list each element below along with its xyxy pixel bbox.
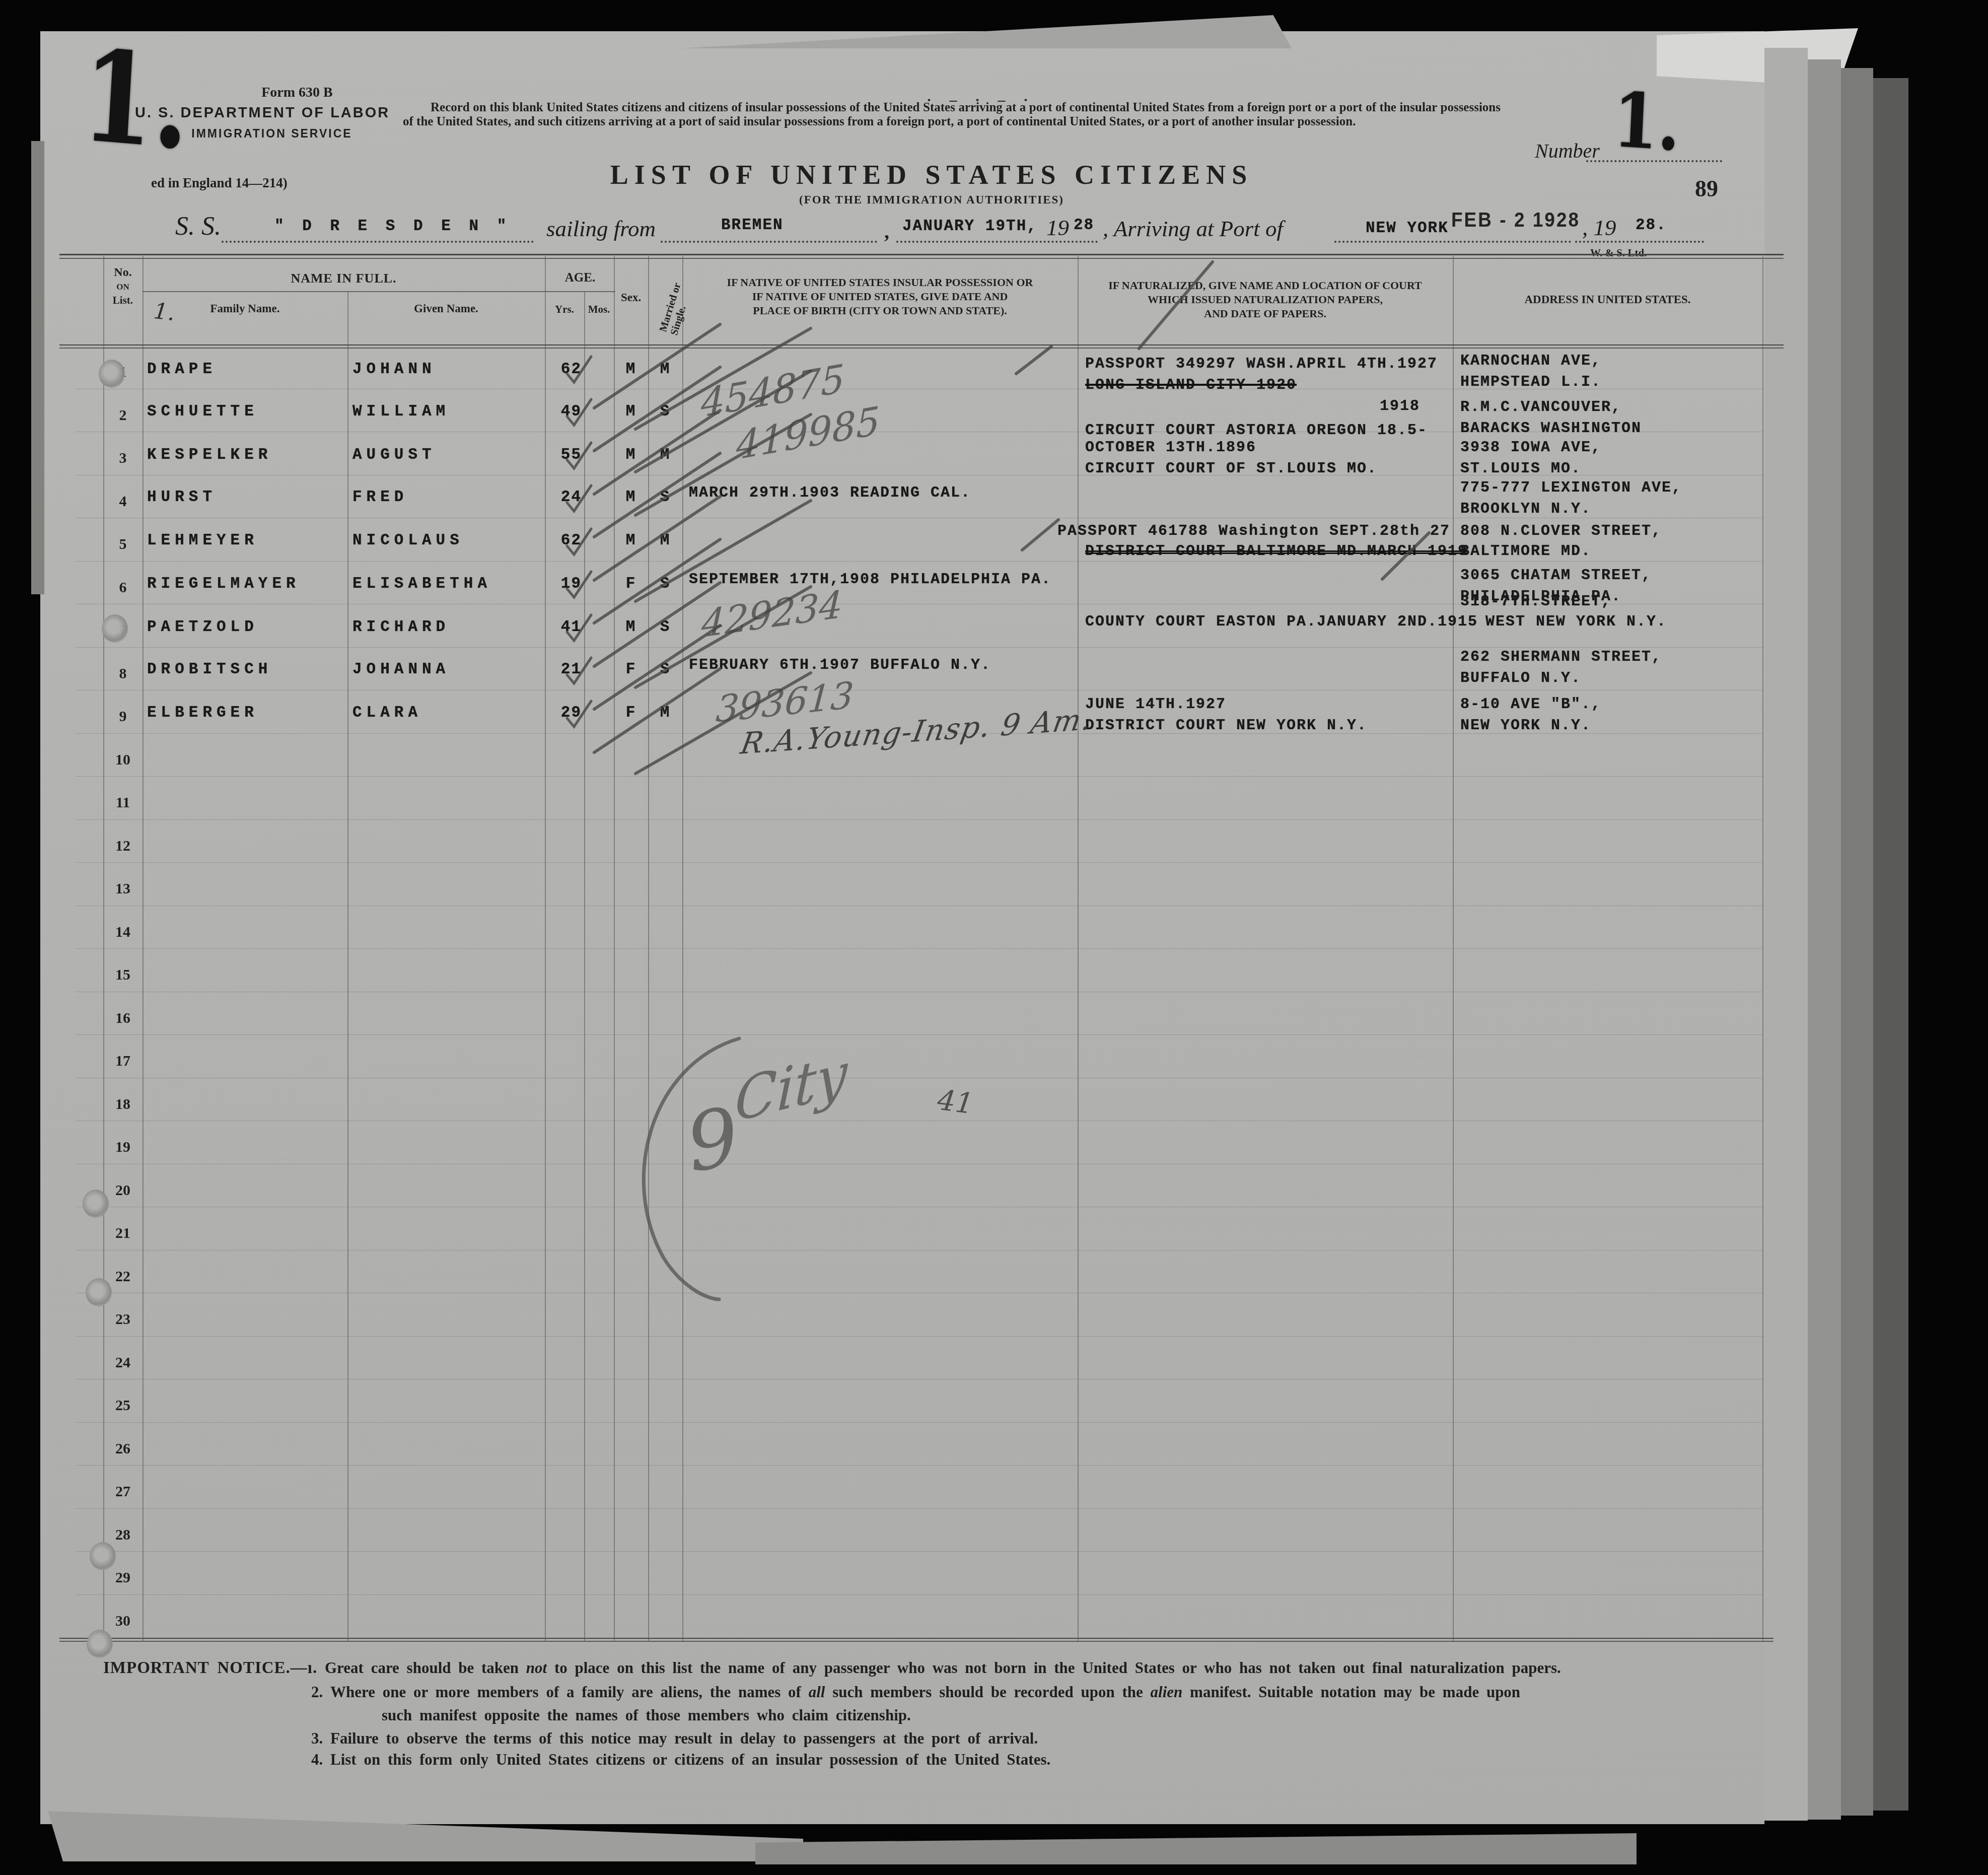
address-line2: ST.LOUIS MO. [1460, 460, 1581, 477]
row-rule [76, 1293, 1762, 1293]
col-line-yrs-mos [584, 291, 585, 1641]
hole-punch [90, 1542, 116, 1570]
sex: M [614, 361, 648, 378]
tally-forty-one: 41 [936, 1084, 975, 1121]
th-name-in-full: NAME IN FULL. [143, 271, 545, 286]
row-number: 25 [103, 1397, 143, 1414]
family-name: LEHMEYER [147, 532, 258, 549]
birthplace: FEBRUARY 6TH.1907 BUFFALO N.Y. [689, 657, 991, 674]
married-single: M [648, 704, 682, 722]
th-address: ADDRESS IN UNITED STATES. [1453, 293, 1762, 306]
sex: F [614, 704, 648, 722]
sex: M [614, 446, 648, 464]
address-line1: 775-777 LEXINGTON AVE, [1460, 479, 1682, 497]
row-rule [76, 906, 1762, 906]
age-yrs: 62 [546, 361, 582, 378]
hole-punch [102, 614, 128, 643]
row-number: 10 [103, 751, 143, 769]
given-name: ELISABETHA [352, 575, 491, 593]
naturalization-year: 1918 [1309, 398, 1420, 415]
arrive-year: 28. [1636, 217, 1667, 234]
row-rule [76, 776, 1762, 777]
given-name: JOHANNA [352, 661, 450, 678]
notice-line-4: 4. List on this form only United States … [311, 1751, 1050, 1769]
address-line1: R.M.C.VANCOUVER, [1460, 399, 1621, 416]
married-single: S [648, 618, 682, 636]
family-name: SCHUETTE [147, 403, 258, 421]
row-rule [76, 518, 1762, 518]
row-rule [76, 1207, 1762, 1207]
page-number: 89 [1695, 175, 1718, 202]
row-rule [76, 561, 1762, 562]
row-number: 30 [103, 1613, 143, 1630]
arrive-year-line [1575, 241, 1704, 243]
sex: F [614, 575, 648, 593]
form-instructions: Record on this blank United States citiz… [403, 101, 1501, 129]
row-number: 26 [103, 1440, 143, 1457]
page-stack-right-4 [1873, 78, 1908, 1811]
th-sex: Sex. [614, 291, 648, 304]
row-number: 17 [103, 1053, 143, 1070]
naturalization-line2-struck: LONG ISLAND CITY 1920 [1085, 377, 1297, 394]
row-number: 18 [103, 1096, 143, 1113]
address-line1: 808 N.CLOVER STREET, [1460, 523, 1662, 540]
arrival-date-stamp: FEB - 2 1928 [1451, 208, 1580, 232]
col-line-right [1762, 256, 1763, 1641]
age-yrs: 62 [546, 532, 582, 549]
handwritten-header-one: 1. [153, 298, 176, 326]
family-name: RIEGELMAYER [147, 575, 300, 593]
row-number: 27 [103, 1483, 143, 1500]
row-rule [76, 647, 1762, 648]
th-no-3: List. [103, 294, 143, 307]
given-name: AUGUST [352, 446, 436, 464]
scanned-manifest-page: · – · – · Form 630 B U. S. DEPARTMENT OF… [0, 0, 1988, 1875]
depart-date: JANUARY 19TH, [902, 218, 1037, 235]
row-number: 6 [103, 579, 143, 596]
address-line1: 8-10 AVE "B"., [1460, 696, 1601, 713]
given-name: RICHARD [352, 618, 450, 636]
th-given-name: Given Name. [347, 302, 545, 315]
row-number: 21 [103, 1225, 143, 1242]
form-number: Form 630 B [191, 85, 403, 101]
family-name: ELBERGER [147, 704, 258, 722]
th-nat-2: WHICH ISSUED NATURALIZATION PAPERS, [1078, 293, 1453, 306]
hole-punch [86, 1278, 112, 1306]
age-yrs: 21 [546, 661, 582, 678]
table-bottom-rule-2 [59, 1641, 1773, 1642]
address-line2: BARACKS WASHINGTON [1460, 420, 1642, 437]
ship-name-line [222, 241, 534, 243]
married-single: M [648, 532, 682, 549]
birthplace: SEPTEMBER 17TH,1908 PHILADELPHIA PA. [689, 571, 1051, 588]
row-number: 11 [103, 794, 143, 811]
married-single: M [648, 361, 682, 378]
row-rule [76, 1034, 1762, 1035]
table-bottom-rule-1 [59, 1638, 1773, 1639]
row-number: 9 [103, 708, 143, 725]
page-subtitle: (FOR THE IMMIGRATION AUTHORITIES) [504, 193, 1360, 206]
header-bottom-rule-1 [59, 344, 1784, 345]
row-number: 2 [103, 407, 143, 424]
row-rule [76, 819, 1762, 820]
notice-line-2: 2. Where one or more members of a family… [311, 1683, 1520, 1701]
address-pre-line: 318-7TH.STREET, [1460, 593, 1611, 610]
row-rule [76, 1336, 1762, 1337]
row-rule [76, 1465, 1762, 1466]
sex: M [614, 489, 648, 506]
row-rule [76, 1508, 1762, 1509]
married-single: S [648, 489, 682, 506]
row-rule [76, 1551, 1762, 1552]
row-rule [76, 1250, 1762, 1251]
sex: M [614, 618, 648, 636]
married-single: M [648, 446, 682, 464]
given-name: FRED [352, 489, 408, 506]
address-line1: 262 SHERMANN STREET, [1460, 649, 1662, 666]
married-single: S [648, 575, 682, 593]
th-nat-3: AND DATE OF PAPERS. [1078, 307, 1453, 320]
naturalization-line1: PASSPORT 349297 WASH.APRIL 4TH.1927 [1085, 356, 1438, 373]
given-name: NICOLAUS [352, 532, 464, 549]
age-yrs: 24 [546, 489, 582, 506]
row-rule [76, 1379, 1762, 1379]
row-rule [76, 1594, 1762, 1595]
given-name: JOHANN [352, 361, 436, 378]
page-edge-left-sliver [31, 141, 44, 594]
row-number: 22 [103, 1268, 143, 1285]
th-yrs: Yrs. [545, 303, 584, 316]
married-single: S [648, 661, 682, 678]
hole-punch [83, 1190, 109, 1218]
arrive-port: NEW YORK [1366, 220, 1449, 237]
notice-line-1: IMPORTANT NOTICE.—ı. Great care should b… [103, 1659, 1561, 1678]
sex: F [614, 661, 648, 678]
arrive-port-line [1334, 241, 1571, 243]
depart-year: 28 [1074, 217, 1094, 234]
handwritten-page-one-mark: 1. [78, 21, 194, 178]
sex: M [614, 532, 648, 549]
sailing-from-label: sailing from [546, 216, 656, 242]
address-line2: BALTIMORE MD. [1460, 543, 1591, 560]
address-line1: 3065 CHATAM STREET, [1460, 567, 1652, 584]
naturalization-line1: CIRCUIT COURT ASTORIA OREGON 18.5- [1085, 422, 1428, 439]
hole-punch [99, 360, 125, 388]
row-rule [76, 1422, 1762, 1423]
row-number: 14 [103, 924, 143, 941]
col-line-family-given [347, 291, 348, 1641]
depart-date-line [896, 241, 1098, 243]
age-yrs: 19 [546, 575, 582, 593]
row-rule [76, 1121, 1762, 1121]
subhead-rule-name [143, 291, 545, 292]
row-rule [76, 948, 1762, 949]
row-number: 19 [103, 1139, 143, 1156]
header-bottom-rule-2 [59, 348, 1784, 349]
address-line2: HEMPSTEAD L.I. [1460, 374, 1601, 391]
ss-label: S. S. [175, 212, 221, 241]
arriving-label: , Arriving at Port of [1103, 216, 1283, 242]
birthplace: MARCH 29TH.1903 READING CAL. [689, 484, 971, 502]
family-name: DRAPE [147, 361, 217, 378]
row-number: 13 [103, 880, 143, 897]
th-no-1: No. [103, 266, 143, 280]
row-rule [76, 992, 1762, 992]
subhead-rule-age [545, 291, 615, 292]
page-stack-right-3 [1841, 68, 1873, 1816]
comma-print: , [884, 220, 889, 243]
address-line2: NEW YORK N.Y. [1460, 717, 1591, 734]
row-number: 12 [103, 838, 143, 855]
th-nat-1: IF NATURALIZED, GIVE NAME AND LOCATION O… [1078, 279, 1453, 292]
age-yrs: 55 [546, 446, 582, 464]
naturalization-line1: PASSPORT 461788 Washington SEPT.28th 27 [1057, 523, 1450, 540]
family-name: DROBITSCH [147, 661, 272, 678]
naturalization-line1: COUNTY COURT EASTON PA.JANUARY 2ND.1915 [1085, 613, 1478, 631]
address-line2: BUFFALO N.Y. [1460, 670, 1581, 687]
family-name: PAETZOLD [147, 618, 258, 636]
hole-punch [87, 1630, 113, 1658]
table-top-rule-1 [59, 254, 1784, 255]
given-name: WILLIAM [352, 403, 450, 421]
page-title: LIST OF UNITED STATES CITIZENS [504, 159, 1360, 190]
row-rule [76, 690, 1762, 690]
th-birth-1: IF NATIVE OF UNITED STATES INSULAR POSSE… [682, 276, 1078, 289]
row-rule [76, 862, 1762, 863]
service-label: IMMIGRATION SERVICE [166, 127, 378, 141]
th-age: AGE. [545, 271, 615, 285]
naturalization-line2: DISTRICT COURT NEW YORK N.Y. [1085, 717, 1367, 734]
printed-in-england: ed in England 14—214) [151, 175, 288, 191]
table-top-rule-2 [59, 258, 1784, 259]
row-number: 16 [103, 1010, 143, 1027]
address-line1: KARNOCHAN AVE, [1460, 353, 1601, 370]
arr-comma: , 19 [1582, 215, 1616, 241]
notice-line-2b: such manifest opposite the names of thos… [382, 1706, 911, 1724]
th-no-2: ON [103, 282, 143, 292]
depart-port: BREMEN [721, 217, 784, 234]
page-edge-bottom-2 [755, 1833, 1637, 1864]
row-number: 20 [103, 1182, 143, 1199]
row-number: 8 [103, 665, 143, 682]
age-yrs: 41 [546, 618, 582, 636]
naturalization-line1: JUNE 14TH.1927 [1085, 696, 1226, 713]
address-line1: 3938 IOWA AVE, [1460, 439, 1601, 456]
depart-port-line [661, 241, 877, 243]
handwritten-number-one: 1. [1611, 76, 1682, 168]
number-label: Number [1535, 139, 1600, 163]
row-number: 3 [103, 450, 143, 467]
given-name: CLARA [352, 704, 422, 722]
row-number: 24 [103, 1354, 143, 1371]
page-stack-right-2 [1808, 59, 1841, 1820]
married-single: S [648, 403, 682, 421]
th-birth-2: IF NATIVE OF UNITED STATES, GIVE DATE AN… [682, 290, 1078, 303]
naturalization-line2: CIRCUIT COURT OF ST.LOUIS MO. [1085, 460, 1377, 477]
age-yrs: 49 [546, 403, 582, 421]
th-mos: Mos. [584, 303, 614, 316]
page-stack-right-1 [1764, 48, 1808, 1821]
row-number: 5 [103, 536, 143, 553]
address-line2: BROOKLYN N.Y. [1460, 501, 1591, 518]
row-number: 4 [103, 493, 143, 510]
notice-head: IMPORTANT NOTICE.—ı. [103, 1659, 317, 1677]
row-rule [76, 1078, 1762, 1078]
naturalization-line2-struck: DISTRICT COURT BALTIMORE MD.MARCH 1919 [1085, 543, 1468, 560]
row-number: 23 [103, 1311, 143, 1328]
th-birth-3: PLACE OF BIRTH (CITY OR TOWN AND STATE). [682, 304, 1078, 317]
family-name: KESPELKER [147, 446, 272, 464]
notice-line-3: 3. Failure to observe the terms of this … [311, 1729, 1038, 1748]
row-rule [76, 1164, 1762, 1164]
naturalization-line1: OCTOBER 13TH.1896 [1085, 439, 1256, 456]
family-name: HURST [147, 489, 217, 506]
address-line1: WEST NEW YORK N.Y. [1485, 613, 1667, 631]
sex: M [614, 403, 648, 421]
ship-name: " D R E S D E N " [274, 218, 511, 235]
age-yrs: 29 [546, 704, 582, 722]
row-number: 28 [103, 1526, 143, 1544]
year-script: 19 [1046, 215, 1069, 241]
row-number: 29 [103, 1569, 143, 1586]
number-dotted-line [1586, 160, 1722, 162]
row-number: 15 [103, 966, 143, 984]
